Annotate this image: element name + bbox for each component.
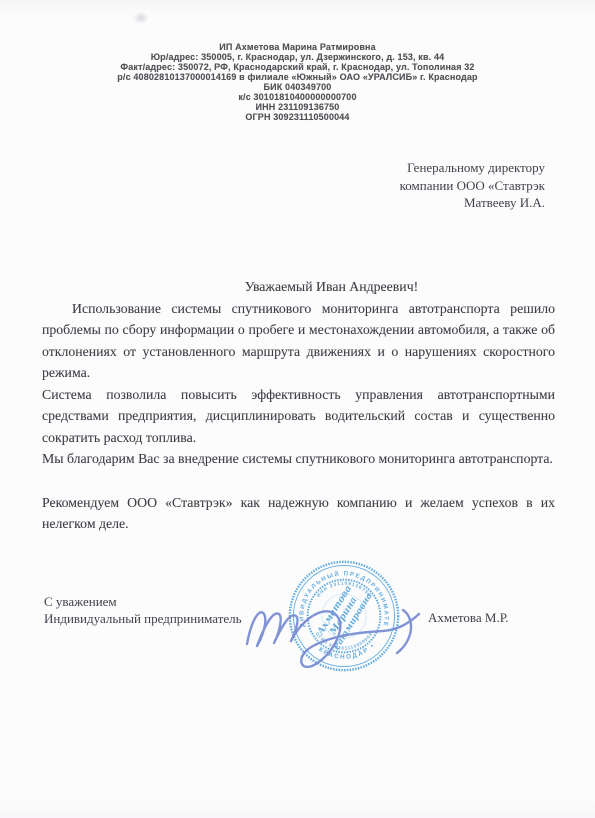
signoff-block: С уважением Индивидуальный предпринимате… [44, 593, 242, 627]
signature-flourish-stroke [291, 611, 419, 667]
letterhead-bank-account: р/с 40802810137000014169 в филиале «Южны… [0, 72, 595, 82]
letterhead-bik: БИК 040349700 [0, 82, 595, 92]
letterhead-ogrn: ОГРН 309231110500044 [0, 112, 595, 122]
letterhead: ИП Ахметова Марина Ратмировна Юр/адрес: … [0, 42, 595, 122]
letterhead-legal-address: Юр/адрес: 350005, г. Краснодар, ул. Дзер… [0, 52, 595, 62]
paragraph-system-results: Система позволила повысить эффективность… [42, 384, 555, 449]
addressee-person: Матвееву И.А. [400, 194, 545, 212]
addressee-company: компании ООО «Ставтрэк [400, 177, 545, 195]
handwritten-signature [233, 580, 443, 680]
paragraph-thanks: Мы благодарим Вас за внедрение системы с… [42, 448, 555, 470]
scan-smudge-artifact [133, 12, 149, 24]
letter-body: Уважаемый Иван Андреевич! Использование … [42, 276, 555, 535]
addressee-title: Генеральному директору [400, 159, 545, 177]
signoff-regards: С уважением [44, 593, 242, 610]
letterhead-corr-account: к/с 30101810400000000700 [0, 92, 595, 102]
paragraph-monitoring-benefits: Использование системы спутникового монит… [42, 298, 555, 384]
signoff-role: Индивидуальный предприниматель [44, 610, 242, 627]
scanned-letter-page: ИП Ахметова Марина Ратмировна Юр/адрес: … [0, 0, 595, 818]
signature-tail-stroke [397, 610, 411, 653]
paragraph-recommendation: Рекомендуем ООО «Ставтрэк» как надежную … [42, 492, 555, 535]
addressee-block: Генеральному директору компании ООО «Ста… [400, 159, 545, 212]
salutation: Уважаемый Иван Андреевич! [75, 276, 588, 298]
letterhead-company-name: ИП Ахметова Марина Ратмировна [0, 42, 595, 52]
letterhead-actual-address: Факт/адрес: 350072, РФ, Краснодарский кр… [0, 62, 595, 72]
letterhead-inn: ИНН 231109136750 [0, 102, 595, 112]
